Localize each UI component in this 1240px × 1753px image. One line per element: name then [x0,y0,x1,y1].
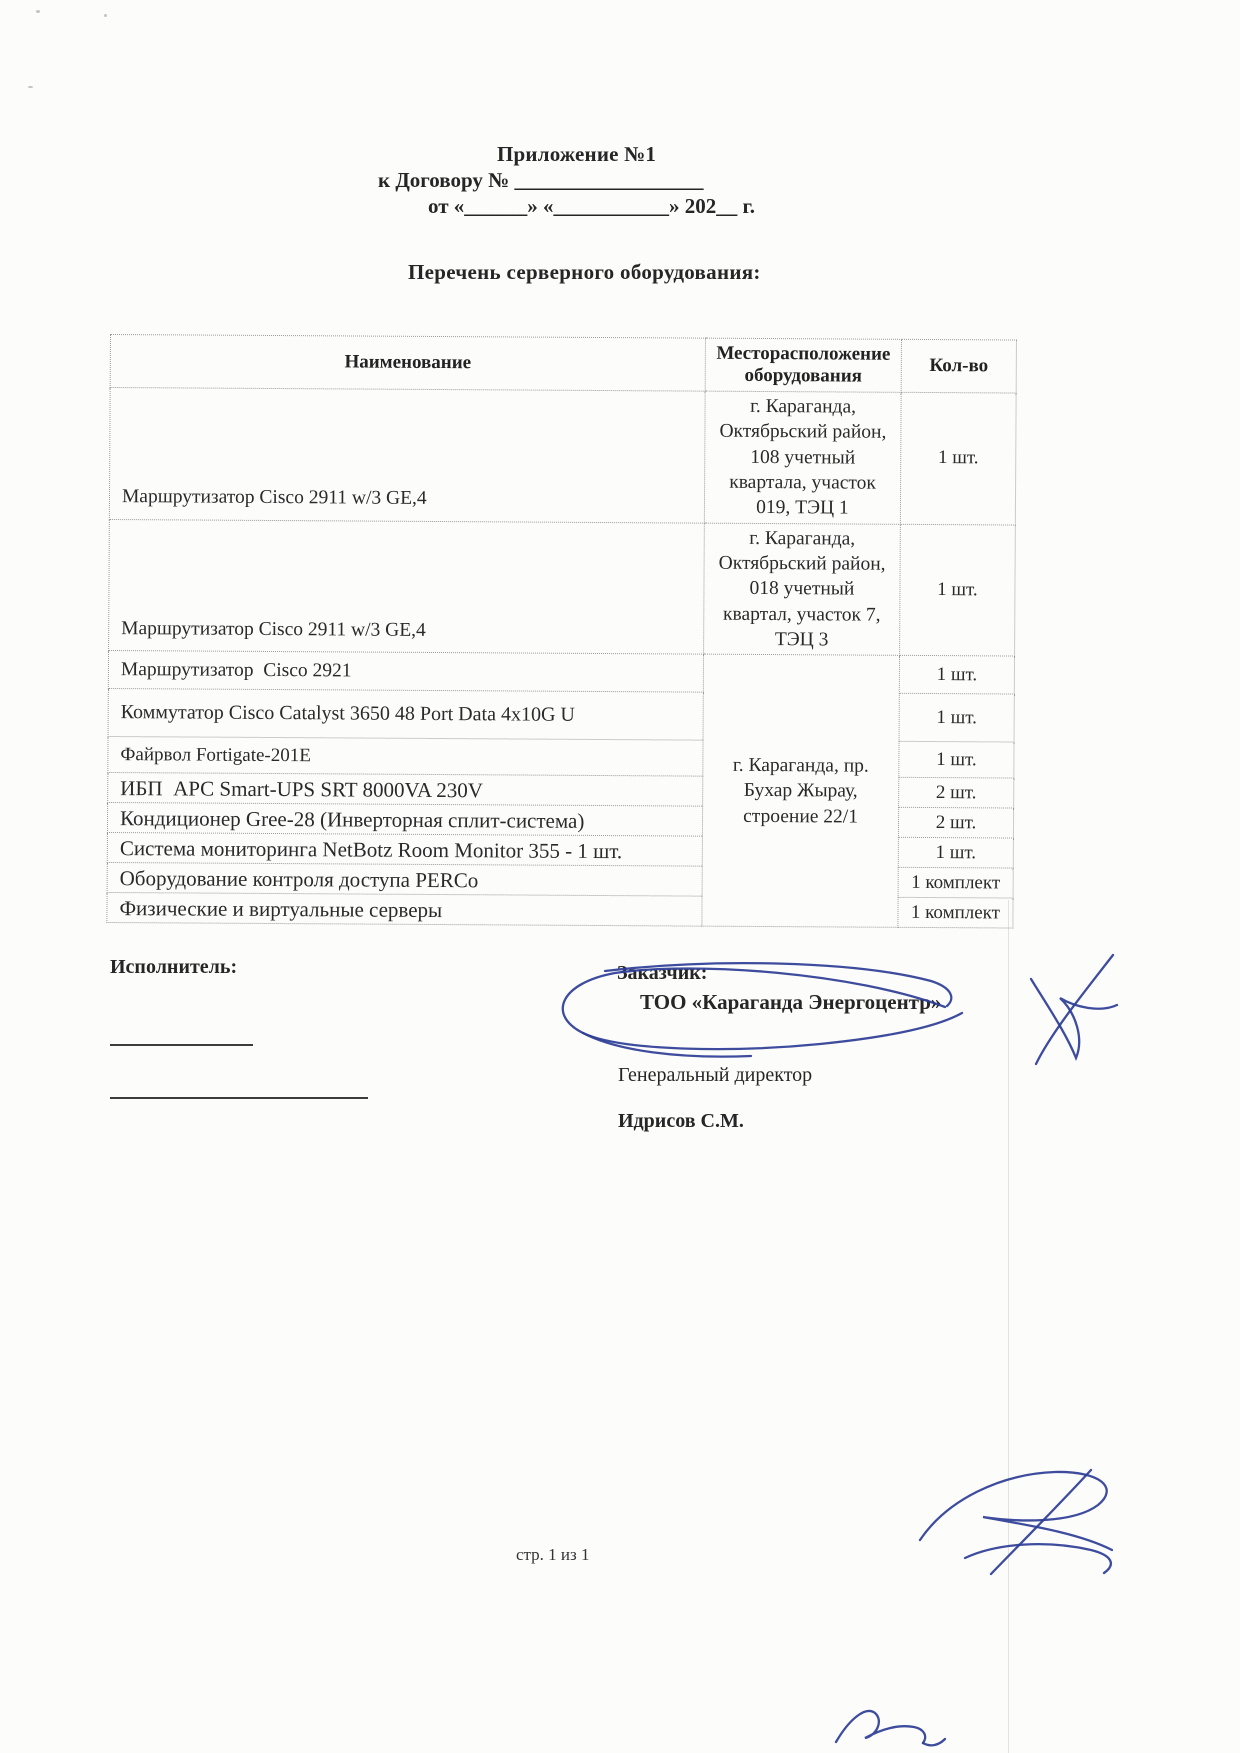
equipment-name: Маршрутизатор Cisco 2911 w/3 GE,4 [109,519,705,654]
table-row: Маршрутизатор Cisco 2921г. Караганда, пр… [108,651,1014,695]
equipment-name: Физические и виртуальные серверы [107,893,702,927]
equipment-qty: 1 комплект [898,898,1013,929]
column-header-name: Наименование [110,335,705,392]
scan-artifact [28,86,33,88]
scan-artifact [104,14,107,17]
equipment-name: Кондиционер Gree-28 (Инверторная сплит-с… [107,803,702,837]
equipment-table: Наименование Месторасположение оборудова… [106,334,1017,929]
equipment-name: Оборудование контроля доступа PERCo [107,863,702,897]
customer-signature-ink [555,945,1155,1075]
customer-signatory-name: Идрисов С.М. [618,1110,744,1133]
scanned-document-page: Приложение №1 к Договору № _____________… [0,0,1240,1753]
contract-date-line: от «______» «___________» 202__ г. [428,194,755,219]
equipment-qty: 1 комплект [898,868,1013,899]
document-subtitle: Перечень серверного оборудования: [408,260,761,285]
scan-artifact [36,10,40,13]
equipment-qty: 1 шт. [898,838,1013,869]
equipment-name: ИБП АРС Smart-UPS SRT 8000VA 230V [108,773,703,807]
table-header-row: Наименование Месторасположение оборудова… [110,335,1016,394]
table-row: Маршрутизатор Cisco 2911 w/3 GE,4г. Кара… [109,519,1016,656]
equipment-location: г. Караганда, Октябрьский район, 108 уче… [704,391,901,524]
equipment-qty: 1 шт. [900,392,1016,524]
executor-signature-line [110,1097,368,1099]
bottom-small-signature-ink [828,1680,948,1753]
equipment-name: Коммутатор Cisco Catalyst 3650 48 Port D… [108,689,703,741]
equipment-name: Маршрутизатор Cisco 2921 [108,651,703,693]
equipment-table-wrapper: Наименование Месторасположение оборудова… [106,334,1016,929]
equipment-qty: 1 шт. [899,656,1014,695]
page-number: стр. 1 из 1 [516,1545,590,1565]
appendix-title: Приложение №1 [497,142,656,167]
equipment-qty: 1 шт. [899,742,1014,779]
executor-label: Исполнитель: [110,956,237,979]
equipment-qty: 1 шт. [900,524,1016,656]
equipment-name: Маршрутизатор Cisco 2911 w/3 GE,4 [109,388,705,523]
equipment-location: г. Караганда, пр. Бухар Жырау, строение … [702,655,900,928]
equipment-qty: 1 шт. [899,694,1014,743]
equipment-location: г. Караганда, Октябрьский район, 018 уче… [704,523,901,656]
column-header-qty: Кол-во [901,339,1016,393]
table-row: Маршрутизатор Cisco 2911 w/3 GE,4г. Кара… [109,388,1016,525]
equipment-name: Система мониторинга NetBotz Room Monitor… [107,833,702,867]
equipment-table-body: Маршрутизатор Cisco 2911 w/3 GE,4г. Кара… [107,388,1016,929]
bottom-right-signature-ink [905,1462,1140,1582]
equipment-name: Файрвол Fortigate-201E [108,737,703,777]
equipment-qty: 2 шт. [898,808,1013,839]
executor-signature-line [110,1044,253,1046]
contract-number-line: к Договору № __________________ [378,168,704,193]
equipment-qty: 2 шт. [899,778,1014,809]
column-header-location: Месторасположение оборудования [705,338,901,392]
